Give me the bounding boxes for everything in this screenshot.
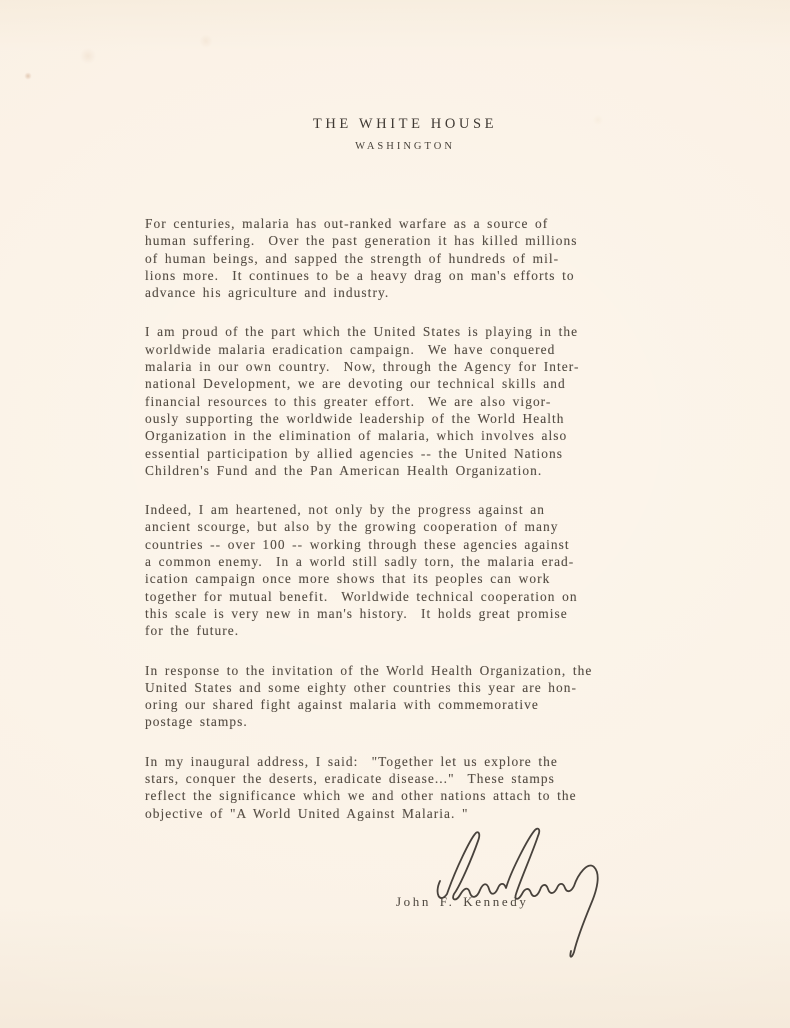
letterhead-subtitle: WASHINGTON bbox=[10, 141, 790, 152]
paragraph-1: For centuries, malaria has out-ranked wa… bbox=[145, 215, 705, 301]
letter-page: THE WHITE HOUSE WASHINGTON For centuries… bbox=[0, 0, 790, 1028]
paragraph-4: In response to the invitation of the Wor… bbox=[145, 662, 705, 731]
typed-name: John F. Kennedy bbox=[396, 894, 528, 910]
paragraph-5: In my inaugural address, I said: "Togeth… bbox=[145, 753, 705, 822]
letterhead-title: THE WHITE HOUSE bbox=[10, 116, 790, 133]
letter-body: For centuries, malaria has out-ranked wa… bbox=[145, 215, 705, 844]
paragraph-2: I am proud of the part which the United … bbox=[145, 323, 705, 479]
paragraph-3: Indeed, I am heartened, not only by the … bbox=[145, 501, 705, 639]
